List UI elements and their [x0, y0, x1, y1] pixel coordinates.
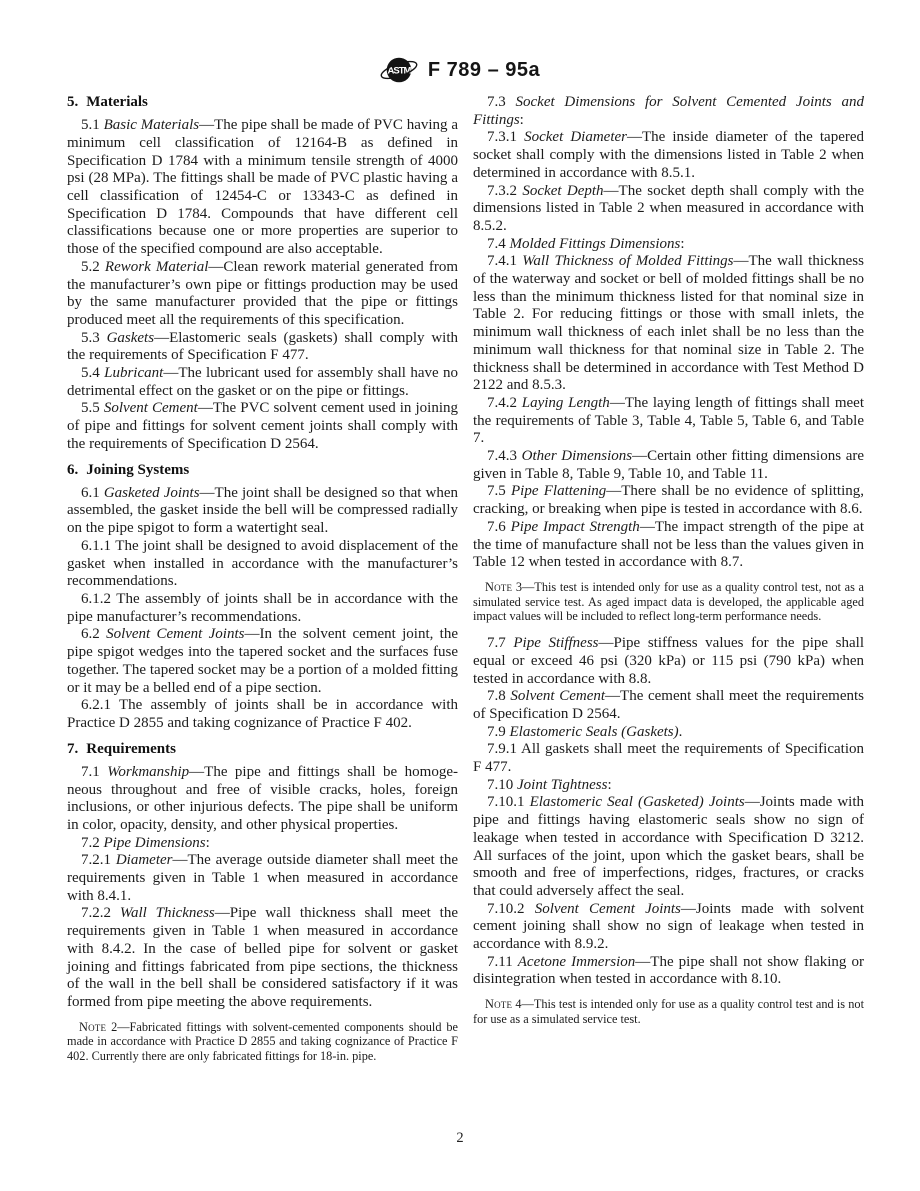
paragraph: 6.2.1 The assembly of joints shall be in… [67, 697, 458, 732]
italic-term: Lubricant [104, 365, 163, 381]
italic-term: Socket Diameter [524, 129, 627, 145]
paragraph: 7.6 Pipe Impact Strength—The impact stre… [473, 519, 864, 572]
italic-term: Rework Material [105, 259, 208, 275]
note-label: Note [485, 997, 512, 1011]
italic-term: Workmanship [107, 764, 189, 780]
italic-term: Socket Depth [522, 183, 603, 199]
italic-term: Other Dimensions [522, 448, 632, 464]
paragraph: 7.10.2 Solvent Cement Joints—Joints made… [473, 901, 864, 954]
paragraph: 7.2 Pipe Dimensions: [67, 835, 458, 853]
italic-term: Pipe Flattening [511, 483, 606, 499]
paragraph: 5.1 Basic Materials—The pipe shall be ma… [67, 117, 458, 259]
section-number: 5. [67, 94, 78, 110]
paragraph: 7.9.1 All gaskets shall meet the require… [473, 741, 864, 776]
page-number: 2 [456, 1130, 463, 1146]
italic-term: Gasketed Joints [104, 485, 200, 501]
paragraph: 7.10 Joint Tightness: [473, 777, 864, 795]
paragraph: 7.3.2 Socket Depth—The socket depth shal… [473, 183, 864, 236]
paragraph: 7.2.1 Diameter—The average outside diame… [67, 852, 458, 905]
italic-term: Wall Thickness of Molded Fittings [522, 253, 733, 269]
italic-term: Solvent Cement Joints [535, 901, 681, 917]
section-heading: 6.Joining Systems [67, 462, 458, 480]
section-number: 6. [67, 462, 78, 478]
document-footer: 2 [0, 1129, 920, 1147]
italic-term: Elastomeric Seals (Gaskets) [510, 724, 679, 740]
italic-term: Socket Dimensions for Solvent Cemented J… [473, 94, 864, 128]
paragraph: 5.4 Lubricant—The lubricant used for ass… [67, 365, 458, 400]
paragraph: 7.4 Molded Fittings Dimensions: [473, 236, 864, 254]
italic-term: Molded Fittings Dimensions [510, 236, 681, 252]
section-title: Joining Systems [86, 462, 189, 478]
paragraph: 7.7 Pipe Stiffness—Pipe stiffness values… [473, 635, 864, 688]
paragraph: 7.4.3 Other Dimensions—Certain other fit… [473, 448, 864, 483]
italic-term: Elastomeric Seal (Gasketed) Joints [530, 794, 745, 810]
italic-term: Joint Tightness [517, 777, 607, 793]
italic-term: Pipe Dimensions [104, 835, 206, 851]
paragraph: 7.1 Workmanship—The pipe and fittings sh… [67, 764, 458, 835]
section-heading: 5.Materials [67, 94, 458, 112]
italic-term: Basic Materials [104, 117, 200, 133]
paragraph: 6.1 Gasketed Joints—The joint shall be d… [67, 485, 458, 538]
left-column: 5.Materials5.1 Basic Materials—The pipe … [67, 94, 458, 1064]
paragraph: 7.3 Socket Dimensions for Solvent Cement… [473, 94, 864, 129]
paragraph: 7.5 Pipe Flattening—There shall be no ev… [473, 483, 864, 518]
paragraph: 5.5 Solvent Cement—The PVC solvent cemen… [67, 400, 458, 453]
section-title: Requirements [86, 741, 176, 757]
italic-term: Gaskets [107, 330, 155, 346]
italic-term: Acetone Immersion [518, 954, 636, 970]
italic-term: Pipe Impact Strength [511, 519, 640, 535]
paragraph: 7.4.2 Laying Length—The laying length of… [473, 395, 864, 448]
paragraph: 7.10.1 Elastomeric Seal (Gasketed) Joint… [473, 794, 864, 900]
paragraph: 7.9 Elastomeric Seals (Gaskets). [473, 724, 864, 742]
paragraph: 5.3 Gaskets—Elastomeric seals (gaskets) … [67, 330, 458, 365]
document-body: 5.Materials5.1 Basic Materials—The pipe … [67, 94, 864, 1064]
italic-term: Wall Thickness [120, 905, 215, 921]
astm-logo-icon: ASTM [380, 54, 420, 86]
right-column: 7.3 Socket Dimensions for Solvent Cement… [473, 94, 864, 1064]
note-label: Note [485, 580, 512, 594]
document-number: F 789 – 95a [428, 59, 540, 82]
document-page: ASTM F 789 – 95a 5.Materials5.1 Basic Ma… [0, 0, 920, 1191]
section-number: 7. [67, 741, 78, 757]
paragraph: 7.11 Acetone Immersion—The pipe shall no… [473, 954, 864, 989]
paragraph: 5.2 Rework Material—Clean rework materia… [67, 259, 458, 330]
paragraph: 7.2.2 Wall Thickness—Pipe wall thickness… [67, 905, 458, 1011]
note-label: Note [79, 1020, 106, 1034]
paragraph: 6.1.2 The assembly of joints shall be in… [67, 591, 458, 626]
paragraph: 6.1.1 The joint shall be designed to avo… [67, 538, 458, 591]
footnote: Note 4—This test is intended only for us… [473, 997, 864, 1026]
paragraph: 6.2 Solvent Cement Joints—In the solvent… [67, 626, 458, 697]
italic-term: Solvent Cement Joints [106, 626, 244, 642]
document-header: ASTM F 789 – 95a [0, 54, 920, 86]
paragraph: 7.8 Solvent Cement—The cement shall meet… [473, 688, 864, 723]
footnote: Note 2—Fabricated fittings with solvent-… [67, 1020, 458, 1064]
italic-term: Pipe Stiffness [513, 635, 598, 651]
italic-term: Laying Length [522, 395, 610, 411]
italic-term: Solvent Cement [510, 688, 605, 704]
italic-term: Diameter [116, 852, 173, 868]
italic-term: Solvent Cement [104, 400, 198, 416]
section-title: Materials [86, 94, 148, 110]
paragraph: 7.4.1 Wall Thickness of Molded Fittings—… [473, 253, 864, 395]
section-heading: 7.Requirements [67, 741, 458, 759]
footnote: Note 3—This test is intended only for us… [473, 580, 864, 624]
paragraph: 7.3.1 Socket Diameter—The inside diamete… [473, 129, 864, 182]
